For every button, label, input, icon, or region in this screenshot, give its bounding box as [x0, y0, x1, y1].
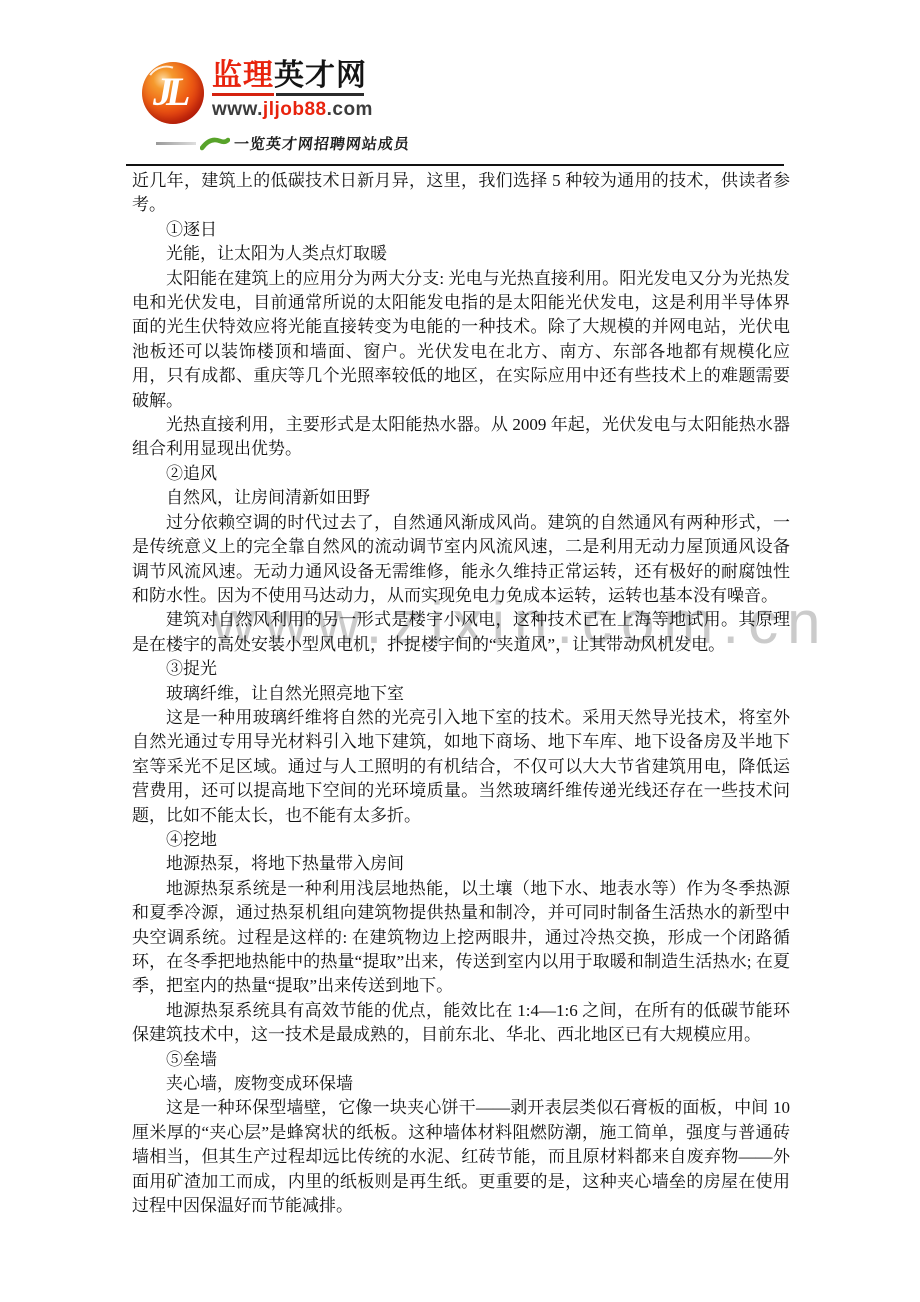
- header-divider: [126, 164, 784, 166]
- tagline-text: 一览英才网招聘网站成员: [233, 133, 411, 154]
- site-logo: JL 监理英才网 www.jljob88.com 一览英才网招聘网站成员: [142, 50, 442, 155]
- paragraph: 太阳能在建筑上的应用分为两大分支: 光电与光热直接利用。阳光发电又分为光热发电和…: [132, 267, 790, 413]
- document-page: JL 监理英才网 www.jljob88.com 一览英才网招聘网站成员 www…: [0, 0, 920, 1302]
- paragraph: 地源热泵系统是一种利用浅层地热能，以土壤（地下水、地表水等）作为冬季热源和夏季冷…: [132, 877, 790, 999]
- logo-tagline: 一览英才网招聘网站成员: [156, 133, 410, 154]
- logo-underline-red: [212, 93, 274, 96]
- paragraph: 地源热泵系统具有高效节能的优点，能效比在 1:4—1:6 之间，在所有的低碳节能…: [132, 999, 790, 1048]
- logo-title-red: 监理: [212, 59, 274, 92]
- logo-url-suffix: .com: [327, 99, 373, 120]
- document-body: 近几年，建筑上的低碳技术日新月异，这里，我们选择 5 种较为通用的技术，供读者参…: [132, 169, 790, 1218]
- swoosh-icon: [200, 136, 230, 151]
- paragraph: 夹心墙，废物变成环保墙: [132, 1072, 790, 1096]
- logo-title: 监理英才网: [212, 60, 373, 91]
- paragraph: 近几年，建筑上的低碳技术日新月异，这里，我们选择 5 种较为通用的技术，供读者参…: [132, 169, 790, 218]
- paragraph: 自然风，让房间清新如田野: [132, 486, 790, 510]
- logo-title-black: 英才网: [274, 59, 367, 92]
- paragraph: ③捉光: [132, 657, 790, 681]
- paragraph: ④挖地: [132, 828, 790, 852]
- logo-main: 监理英才网 www.jljob88.com: [212, 60, 373, 121]
- paragraph: 建筑对自然风利用的另一形式是楼宇小风电，这种技术已在上海等地试用。其原理是在楼宇…: [132, 608, 790, 657]
- paragraph: ②追风: [132, 462, 790, 486]
- logo-url-prefix: www.: [212, 99, 263, 120]
- paragraph: 地源热泵，将地下热量带入房间: [132, 852, 790, 876]
- tagline-shadow-line: [156, 142, 196, 145]
- paragraph: 这是一种用玻璃纤维将自然的光亮引入地下室的技术。采用天然导光技术，将室外自然光通…: [132, 706, 790, 828]
- jl-badge-text: JL: [153, 68, 183, 115]
- paragraph: ①逐日: [132, 218, 790, 242]
- logo-url-domain: jljob88: [263, 99, 327, 120]
- logo-underline: [212, 93, 364, 96]
- logo-url: www.jljob88.com: [212, 99, 373, 121]
- paragraph: 过分依赖空调的时代过去了，自然通风渐成风尚。建筑的自然通风有两种形式，一是传统意…: [132, 511, 790, 609]
- jl-logo-badge: JL: [142, 62, 204, 124]
- paragraph: 光能，让太阳为人类点灯取暖: [132, 242, 790, 266]
- logo-underline-black: [276, 93, 364, 96]
- paragraph: 光热直接利用，主要形式是太阳能热水器。从 2009 年起，光伏发电与太阳能热水器…: [132, 413, 790, 462]
- paragraph: 玻璃纤维，让自然光照亮地下室: [132, 682, 790, 706]
- paragraph: 这是一种环保型墙壁，它像一块夹心饼干——剥开表层类似石膏板的面板，中间 10 厘…: [132, 1096, 790, 1218]
- paragraph: ⑤垒墙: [132, 1048, 790, 1072]
